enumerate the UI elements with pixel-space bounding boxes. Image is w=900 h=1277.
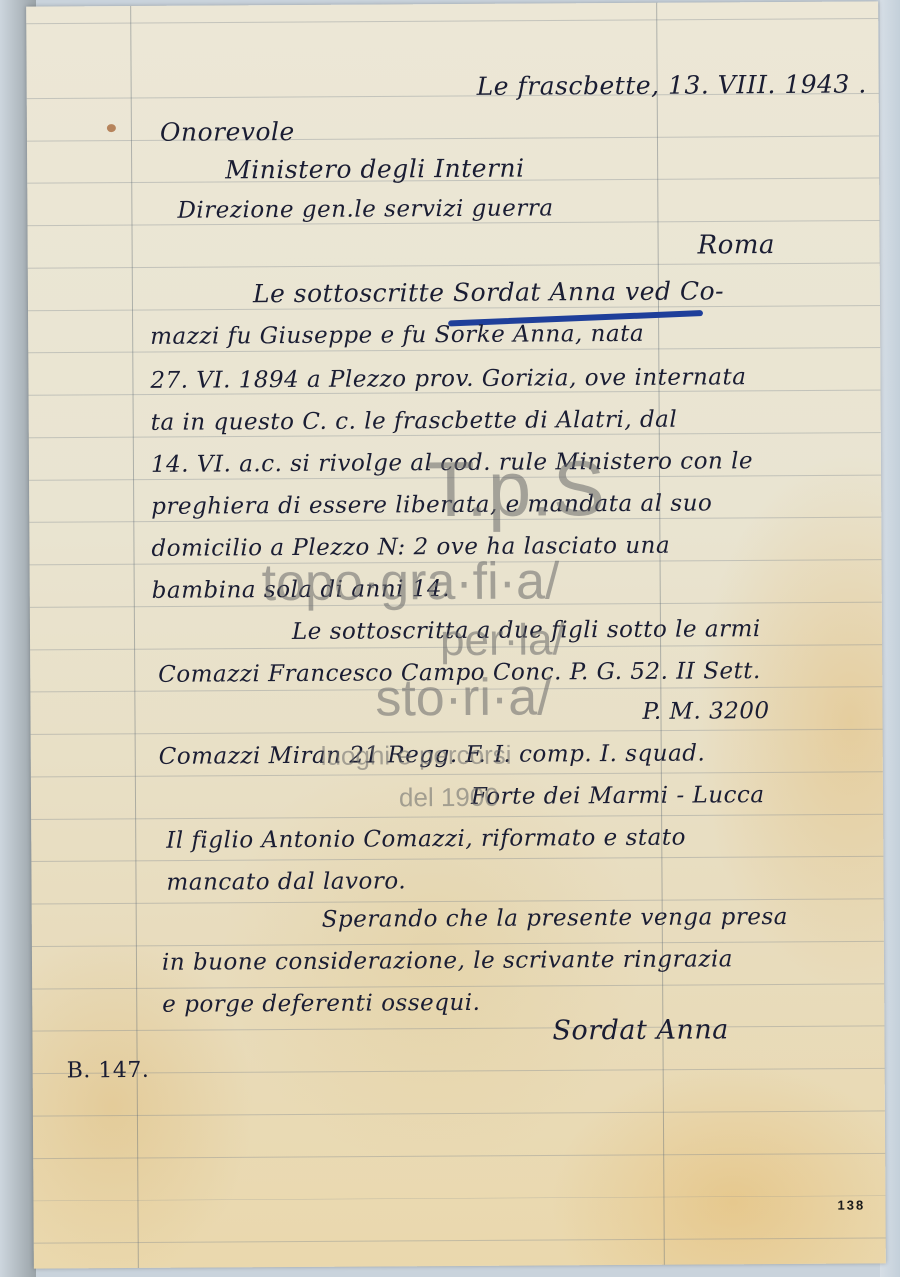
salutation: Onorevole	[160, 117, 295, 147]
watermark-line-2: per·la/	[440, 615, 565, 666]
watermark-line-5: del 1900	[399, 782, 499, 814]
signature: Sordat Anna	[552, 1014, 729, 1046]
letter-sheet: Le frascbette, 13. VIII. 1943 . Onorevol…	[26, 1, 886, 1268]
body-line-18: e porge deferenti ossequi.	[162, 990, 480, 1018]
body-line-3: 27. VI. 1894 a Plezzo prov. Gorizia, ove…	[150, 364, 746, 394]
body-line-11: P. M. 3200	[642, 698, 769, 725]
addressee-city: Roma	[698, 230, 776, 260]
place-date: Le frascbette, 13. VIII. 1943 .	[477, 69, 867, 100]
body-line-4: ta in questo C. c. le frascbette di Alat…	[151, 407, 678, 436]
body-line-16: Sperando che la presente venga presa	[322, 904, 788, 933]
body-line-13: Forte dei Marmi - Lucca	[471, 782, 765, 810]
rust-stain	[107, 124, 116, 132]
watermark-line-3: sto·ri·a/	[375, 667, 552, 728]
body-line-14: Il figlio Antonio Comazzi, riformato e s…	[166, 825, 686, 854]
body-line-1: Le sottoscritte Sordat Anna ved Co-	[253, 276, 724, 308]
watermark-line-4: luoghi e percorsi	[321, 740, 512, 772]
body-line-2: mazzi fu Giuseppe e fu Sorke Anna, nata	[150, 321, 644, 350]
watermark-line-1: topo·gra·fi·a/	[261, 551, 559, 613]
body-line-17: in buone considerazione, le scrivante ri…	[162, 946, 733, 975]
page-number: 138	[837, 1198, 865, 1213]
watermark-logo: T.p.S	[427, 443, 605, 535]
archive-mark: B. 147.	[67, 1058, 150, 1084]
body-line-15: mancato dal lavoro.	[166, 868, 406, 895]
addressee-ministry: Ministero degli Interni	[225, 154, 525, 185]
addressee-department: Direzione gen.le servizi guerra	[177, 195, 553, 223]
